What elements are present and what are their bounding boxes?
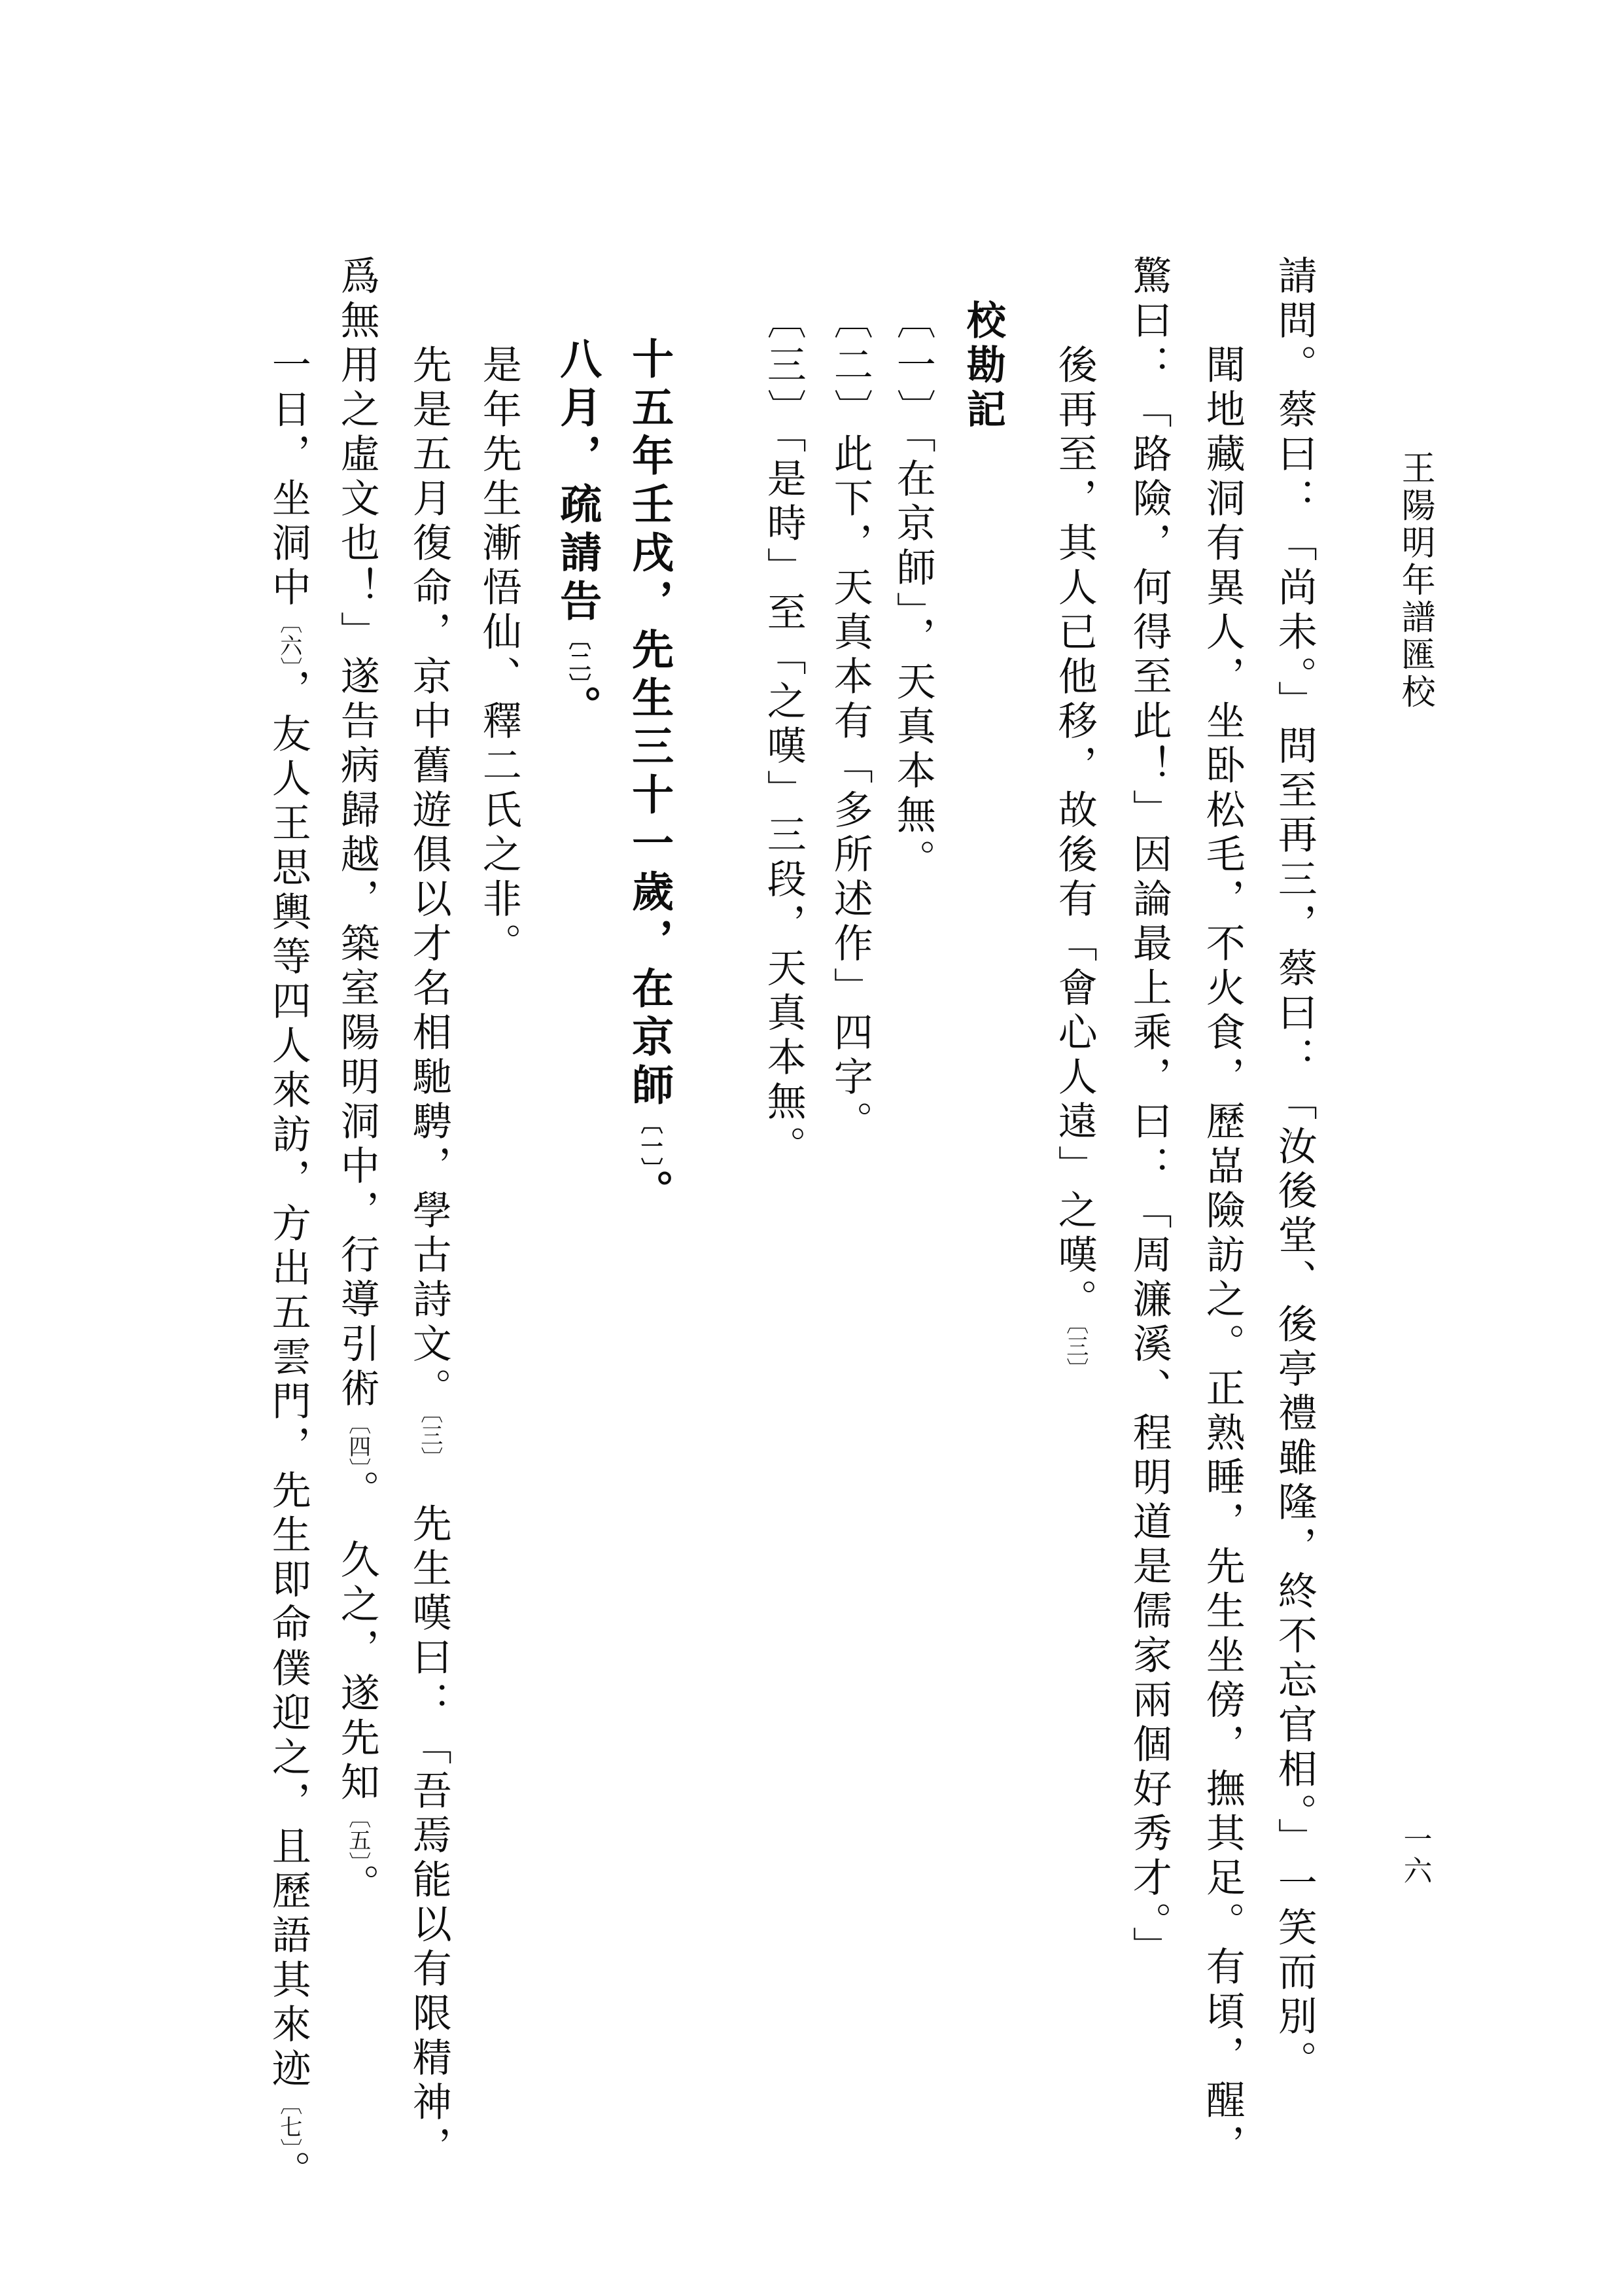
main-line-2: 聞地藏洞有異人，坐卧松毛，不火食，歷嵓險訪之。正熟睡，先生坐傍，撫其足。有頃，醒… <box>1201 344 1244 2168</box>
collation-note-2: 〔二〕此下，天真本有「多所述作」四字。 <box>829 300 871 1145</box>
main-line-4: 後再至，其人已他移，故後有「會心人遠」之嘆。〔三〕 <box>1053 344 1096 1381</box>
page-number: 一六 <box>1399 1824 1431 1887</box>
annotation-ref: 〔七〕 <box>277 2093 301 2150</box>
main-line-5: 是年先生漸悟仙、釋二氏之非。 <box>478 344 520 967</box>
annotation-ref: 〔五〕 <box>345 1806 370 1863</box>
main-line-7: 爲無用之虛文也！」遂告病歸越，築室陽明洞中，行導引術〔四〕。 久之，遂先知〔五〕… <box>336 255 378 1908</box>
collation-note-1: 〔一〕「在京師」，天真本無。 <box>892 300 934 883</box>
annotation-ref: 〔二〕 <box>565 627 589 685</box>
annotation-ref: 〔一〕 <box>637 1112 661 1169</box>
collation-note-3: 〔三〕「是時」至「之嘆」三段，天真本無。 <box>762 300 805 1170</box>
annotation-ref: 〔四〕 <box>345 1412 370 1470</box>
running-title: 王陽明年譜匯校 <box>1396 450 1433 711</box>
annotation-ref: 〔六〕 <box>277 611 301 669</box>
entry-month-heading: 八月，疏請告〔二〕。 <box>555 337 600 733</box>
annotation-ref: 〔三〕 <box>1063 1323 1087 1381</box>
main-line-6: 先是五月復命，京中舊遊俱以才名相馳騁，學古詩文。〔三〕 先生嘆曰：「吾焉能以有限… <box>408 344 450 2170</box>
entry-year-heading: 十五年壬戌，先生三十一歲，在京師〔一〕。 <box>627 337 672 1218</box>
scanned-book-page: 王陽明年譜匯校 一六 請問。蔡曰：「尚未。」問至再三，蔡曰：「汝後堂、後亭禮雖隆… <box>0 0 1623 2296</box>
main-line-1: 請問。蔡曰：「尚未。」問至再三，蔡曰：「汝後堂、後亭禮雖隆，終不忘官相。」一笑而… <box>1273 255 1316 2085</box>
main-line-8: 一日，坐洞中〔六〕，友人王思輿等四人來訪，方出五雲門，先生即命僕迎之，且歷語其來… <box>267 344 309 2195</box>
jiaokanji-header: 校勘記 <box>962 300 1004 433</box>
main-line-3: 驚曰：「路險，何得至此！」因論最上乘，曰：「周濂溪、程明道是儒家兩個好秀才。」 <box>1128 255 1170 1971</box>
annotation-ref: 〔三〕 <box>417 1412 442 1458</box>
